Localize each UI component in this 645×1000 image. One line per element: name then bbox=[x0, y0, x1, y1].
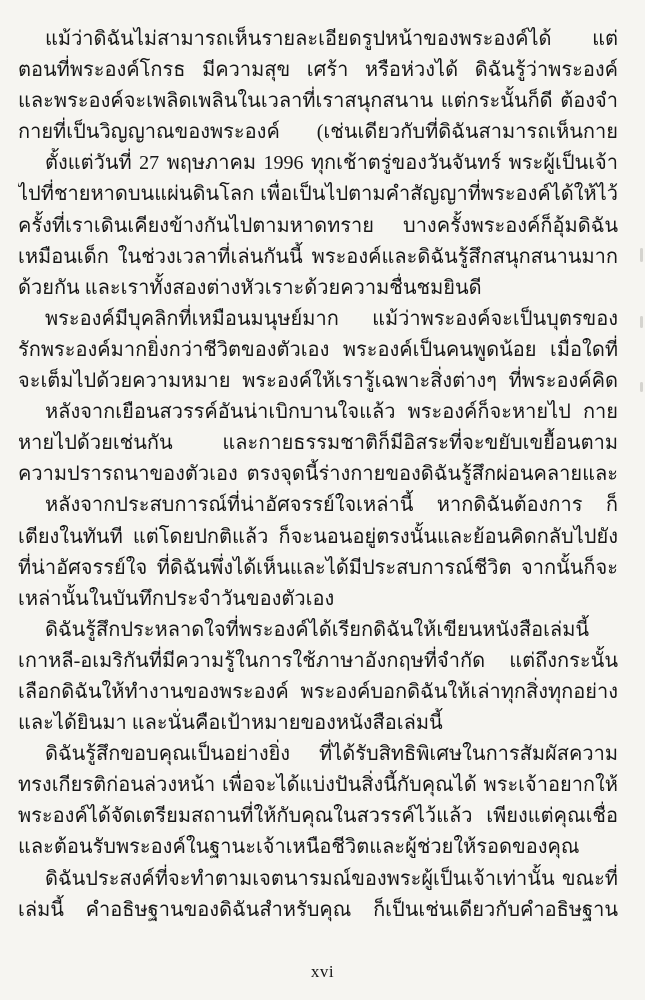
text-line: เกาหลี-อเมริกันที่มีความรู้ในการใช้ภาษาอ… bbox=[18, 646, 618, 677]
text-line: ครั้งที่เราเดินเคียงข้างกันไปตามหาดทราย … bbox=[18, 211, 618, 242]
text-line: รักพระองค์มากยิ่งกว่าชีวิตของตัวเอง พระอ… bbox=[18, 335, 618, 366]
text-line: หลังจากเยือนสวรรค์อันน่าเบิกบานใจแล้ว พร… bbox=[18, 397, 618, 428]
text-line: ความปรารถนาของตัวเอง ตรงจุดนี้ร่างกายของ… bbox=[18, 459, 618, 490]
paragraph: ดิฉันประสงค์ที่จะทำตามเจตนารมณ์ของพระผู้… bbox=[18, 864, 618, 926]
text-line: เหมือนเด็ก ในช่วงเวลาที่เล่นกันนี้ พระอง… bbox=[18, 242, 618, 273]
text-line: แม้ว่าดิฉันไม่สามารถเห็นรายละเอียดรูปหน้… bbox=[18, 24, 618, 55]
text-line: ดิฉันรู้สึกประหลาดใจที่พระองค์ได้เรียกดิ… bbox=[18, 615, 618, 646]
paragraph: หลังจากประสบการณ์ที่น่าอัศจรรย์ใจเหล่านี… bbox=[18, 490, 618, 614]
text-line: จะเต็มไปด้วยความหมาย พระองค์ให้เรารู้เฉพ… bbox=[18, 366, 618, 397]
paragraph: ดิฉันรู้สึกประหลาดใจที่พระองค์ได้เรียกดิ… bbox=[18, 615, 618, 739]
text-line: เลือกดิฉันให้ทำงานของพระองค์ พระองค์บอกด… bbox=[18, 677, 618, 708]
text-line: ตอนที่พระองค์โกรธ มีความสุข เศร้า หรือห่… bbox=[18, 55, 618, 86]
paragraph: หลังจากเยือนสวรรค์อันน่าเบิกบานใจแล้ว พร… bbox=[18, 397, 618, 490]
text-line: เตียงในทันที แต่โดยปกติแล้ว ก็จะนอนอยู่ต… bbox=[18, 522, 618, 553]
text-line: เล่มนี้ คำอธิษฐานของดิฉันสำหรับคุณ ก็เป็… bbox=[18, 895, 618, 926]
page-footer: xvi bbox=[0, 962, 645, 982]
book-page: แม้ว่าดิฉันไม่สามารถเห็นรายละเอียดรูปหน้… bbox=[0, 0, 645, 1000]
text-line: หลังจากประสบการณ์ที่น่าอัศจรรย์ใจเหล่านี… bbox=[18, 490, 618, 521]
text-line: ตั้งแต่วันที่ 27 พฤษภาคม 1996 ทุกเช้าตรู… bbox=[18, 148, 618, 179]
text-line: กายที่เป็นวิญญาณของพระองค์ (เช่นเดียวกับ… bbox=[18, 117, 618, 148]
text-line: ไปที่ชายหาดบนแผ่นดินโลก เพื่อเป็นไปตามคำ… bbox=[18, 179, 618, 210]
scan-edge-artifact bbox=[640, 382, 643, 392]
text-line: ด้วยกัน และเราทั้งสองต่างหัวเราะด้วยความ… bbox=[18, 273, 618, 304]
paragraph: แม้ว่าดิฉันไม่สามารถเห็นรายละเอียดรูปหน้… bbox=[18, 24, 618, 148]
paragraph: พระองค์มีบุคลิกที่เหมือนมนุษย์มาก แม้ว่า… bbox=[18, 304, 618, 397]
scan-edge-artifact bbox=[640, 316, 643, 328]
text-line: และต้อนรับพระองค์ในฐานะเจ้าเหนือชีวิตและ… bbox=[18, 832, 618, 863]
paragraph: ตั้งแต่วันที่ 27 พฤษภาคม 1996 ทุกเช้าตรู… bbox=[18, 148, 618, 303]
text-line: หายไปด้วยเช่นกัน และกายธรรมชาติก็มีอิสระ… bbox=[18, 428, 618, 459]
scan-edge-artifact bbox=[640, 248, 643, 262]
page-number: xvi bbox=[311, 962, 334, 981]
text-line: และได้ยินมา และนั่นคือเป้าหมายของหนังสือ… bbox=[18, 708, 618, 739]
paragraph: ดิฉันรู้สึกขอบคุณเป็นอย่างยิ่ง ที่ได้รับ… bbox=[18, 739, 618, 863]
text-line: พระองค์ได้จัดเตรียมสถานที่ให้กับคุณในสวร… bbox=[18, 801, 618, 832]
text-line: ดิฉันประสงค์ที่จะทำตามเจตนารมณ์ของพระผู้… bbox=[18, 864, 618, 895]
text-line: พระองค์มีบุคลิกที่เหมือนมนุษย์มาก แม้ว่า… bbox=[18, 304, 618, 335]
text-line: เหล่านั้นในบันทึกประจำวันของตัวเอง bbox=[18, 584, 618, 615]
text-line: ดิฉันรู้สึกขอบคุณเป็นอย่างยิ่ง ที่ได้รับ… bbox=[18, 739, 618, 770]
text-line: ทรงเกียรติก่อนล่วงหน้า เพื่อจะได้แบ่งปัน… bbox=[18, 770, 618, 801]
text-line: ที่น่าอัศจรรย์ใจ ที่ดิฉันพึ่งได้เห็นและไ… bbox=[18, 553, 618, 584]
text-block: แม้ว่าดิฉันไม่สามารถเห็นรายละเอียดรูปหน้… bbox=[18, 24, 618, 926]
text-line: และพระองค์จะเพลิดเพลินในเวลาที่เราสนุกสน… bbox=[18, 86, 618, 117]
